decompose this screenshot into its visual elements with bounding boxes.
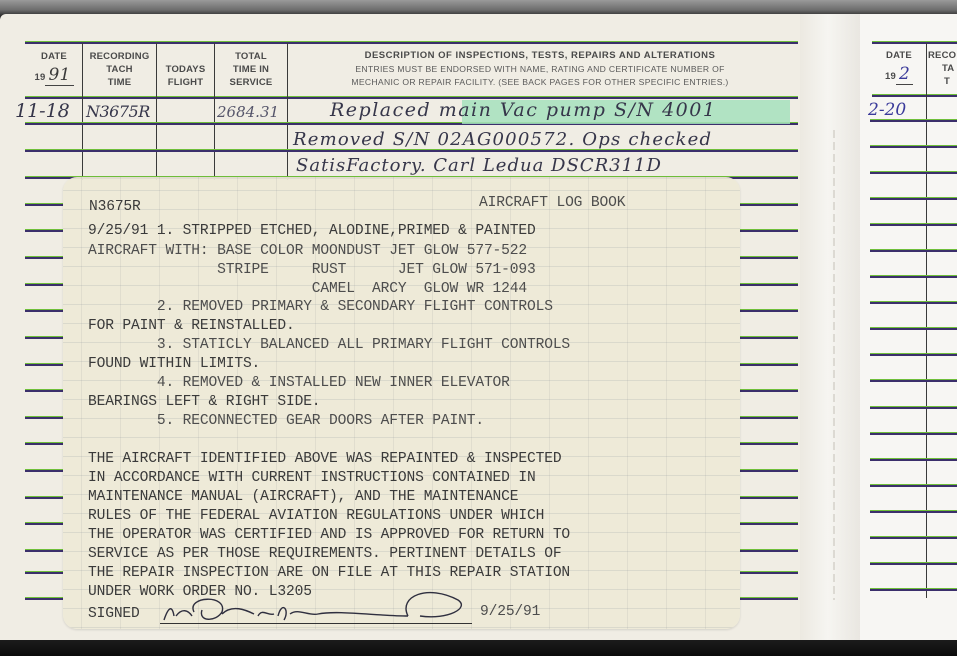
row-rule xyxy=(25,364,63,366)
year-field: 1991 xyxy=(26,69,82,84)
row-rule xyxy=(870,511,957,513)
year-prefix: 19 xyxy=(34,72,45,83)
row-rule xyxy=(740,257,798,259)
row-rule xyxy=(25,417,63,419)
row-rule xyxy=(25,284,63,286)
row-rule xyxy=(740,497,798,499)
row-rule xyxy=(870,146,957,148)
instruction-line: MECHANIC OR REPAIR FACILITY. (SEE BACK P… xyxy=(290,76,790,89)
header-line: TA xyxy=(928,62,957,75)
sticker-line: STRIPE RUST JET GLOW 571-093 xyxy=(88,262,536,278)
row-rule xyxy=(740,417,798,419)
certification-line: IN ACCORDANCE WITH CURRENT INSTRUCTIONS … xyxy=(88,470,536,486)
row-rule xyxy=(25,443,63,445)
col-divider xyxy=(287,43,288,180)
row-rule xyxy=(870,563,957,565)
certification-line: THE OPERATOR WAS CERTIFIED AND IS APPROV… xyxy=(88,527,570,543)
row-rule xyxy=(870,459,957,461)
row-rule xyxy=(740,230,798,232)
date-column-header: DATE 1991 xyxy=(26,50,82,84)
header-bottom-rule xyxy=(872,95,957,97)
row-rule xyxy=(740,470,798,472)
sticker-line: CAMEL ARCY GLOW WR 1244 xyxy=(88,281,527,297)
sticker-header: AIRCRAFT LOG BOOK xyxy=(479,195,625,211)
row-rule xyxy=(25,150,798,152)
total-time-in-service-header: TOTAL TIME IN SERVICE xyxy=(215,50,287,89)
row-rule xyxy=(25,598,63,600)
header-line: TIME IN xyxy=(215,63,287,76)
row-rule xyxy=(740,550,798,552)
row-rule xyxy=(25,310,63,312)
date-label: DATE xyxy=(872,49,926,62)
row-rule xyxy=(25,470,63,472)
entry-description-line: Replaced main Vac pump S/N 4001 xyxy=(330,99,716,121)
recording-tach-header-partial: RECO TA T xyxy=(928,49,957,88)
row-rule xyxy=(740,364,798,366)
sticker-line: 2. REMOVED PRIMARY & SECONDARY FLIGHT CO… xyxy=(88,299,553,315)
header-line: T xyxy=(928,75,957,88)
certification-line: SERVICE AS PER THOSE REQUIREMENTS. PERTI… xyxy=(88,546,561,562)
sticker-tail-number: N3675R xyxy=(89,199,141,215)
entry-date-right: 2-20 xyxy=(868,100,906,120)
entry-recording-tach: N3675R xyxy=(86,102,150,121)
year-value: 2 xyxy=(896,64,913,85)
entry-description-line: SatisFactory. Carl Ledua DSCR311D xyxy=(296,155,662,176)
year-prefix: 19 xyxy=(885,71,896,82)
row-rule xyxy=(740,572,798,574)
year-field: 192 xyxy=(872,68,926,83)
binding-stitches xyxy=(833,130,835,600)
header-line: TACH xyxy=(83,63,156,76)
header-line: TODAYS xyxy=(157,63,214,76)
header-line: FLIGHT xyxy=(157,76,214,89)
row-rule xyxy=(740,523,798,525)
row-rule xyxy=(740,598,798,600)
row-rule xyxy=(25,572,63,574)
header-line: TIME xyxy=(83,76,156,89)
header-top-rule xyxy=(872,42,957,44)
row-rule xyxy=(870,250,957,252)
row-rule xyxy=(870,276,957,278)
row-rule xyxy=(740,204,798,206)
instruction-line: ENTRIES MUST BE ENDORSED WITH NAME, RATI… xyxy=(290,63,790,76)
scanner-edge-bottom xyxy=(0,640,957,656)
row-rule xyxy=(870,433,957,435)
todays-flight-header: TODAYS FLIGHT xyxy=(157,63,214,89)
row-rule xyxy=(25,230,63,232)
entry-total-time: 2684.31 xyxy=(217,103,279,121)
row-rule xyxy=(870,224,957,226)
row-rule xyxy=(870,380,957,382)
certification-line: RULES OF THE FEDERAL AVIATION REGULATION… xyxy=(88,508,544,524)
row-rule xyxy=(25,497,63,499)
row-rule xyxy=(870,328,957,330)
row-rule xyxy=(740,443,798,445)
signature-scribble-icon xyxy=(158,586,478,628)
row-rule xyxy=(25,523,63,525)
sticker-line: 5. RECONNECTED GEAR DOORS AFTER PAINT. xyxy=(88,413,484,429)
row-rule xyxy=(25,257,63,259)
sticker-line: 3. STATICLY BALANCED ALL PRIMARY FLIGHT … xyxy=(88,337,570,353)
row-rule xyxy=(870,537,957,539)
entry-description-line: Removed S/N 02AG000572. Ops checked xyxy=(293,129,712,150)
recording-tach-time-header: RECORDING TACH TIME xyxy=(83,50,156,89)
certification-line: THE REPAIR INSPECTION ARE ON FILE AT THI… xyxy=(88,565,570,581)
row-rule xyxy=(870,485,957,487)
col-divider xyxy=(926,43,927,598)
row-rule xyxy=(25,204,63,206)
header-line: RECORDING xyxy=(83,50,156,63)
date-label: DATE xyxy=(26,50,82,63)
certification-line: MAINTENANCE MANUAL (AIRCRAFT), AND THE M… xyxy=(88,489,518,505)
header-top-rule xyxy=(25,42,798,44)
row-rule xyxy=(25,550,63,552)
header-line: RECO xyxy=(928,49,957,62)
row-rule xyxy=(870,589,957,591)
row-rule xyxy=(740,284,798,286)
signed-label: SIGNED xyxy=(88,606,140,622)
sticker-line: FOUND WITHIN LIMITS. xyxy=(88,356,260,372)
row-rule xyxy=(740,390,798,392)
row-rule xyxy=(740,337,798,339)
header-line: TOTAL xyxy=(215,50,287,63)
signed-date: 9/25/91 xyxy=(480,604,540,620)
header-line: SERVICE xyxy=(215,76,287,89)
row-rule xyxy=(25,337,63,339)
row-rule xyxy=(870,172,957,174)
row-rule xyxy=(25,390,63,392)
row-rule xyxy=(740,310,798,312)
description-column-instructions: ENTRIES MUST BE ENDORSED WITH NAME, RATI… xyxy=(290,63,790,89)
row-rule xyxy=(870,407,957,409)
year-value: 91 xyxy=(45,65,73,86)
sticker-line: 4. REMOVED & INSTALLED NEW INNER ELEVATO… xyxy=(88,375,510,391)
certification-line: THE AIRCRAFT IDENTIFIED ABOVE WAS REPAIN… xyxy=(88,451,561,467)
row-rule xyxy=(870,198,957,200)
sticker-line: FOR PAINT & REINSTALLED. xyxy=(88,318,295,334)
sticker-line: AIRCRAFT WITH: BASE COLOR MOONDUST JET G… xyxy=(88,243,527,259)
sticker-line: 9/25/91 1. STRIPPED ETCHED, ALODINE,PRIM… xyxy=(88,223,536,239)
row-rule xyxy=(870,120,957,122)
row-rule xyxy=(870,302,957,304)
row-rule xyxy=(870,354,957,356)
sticker-line: BEARINGS LEFT & RIGHT SIDE. xyxy=(88,394,320,410)
date-column-header-right: DATE 192 xyxy=(872,49,926,83)
entry-date: 11-18 xyxy=(15,100,70,122)
description-column-title: DESCRIPTION OF INSPECTIONS, TESTS, REPAI… xyxy=(290,50,790,61)
